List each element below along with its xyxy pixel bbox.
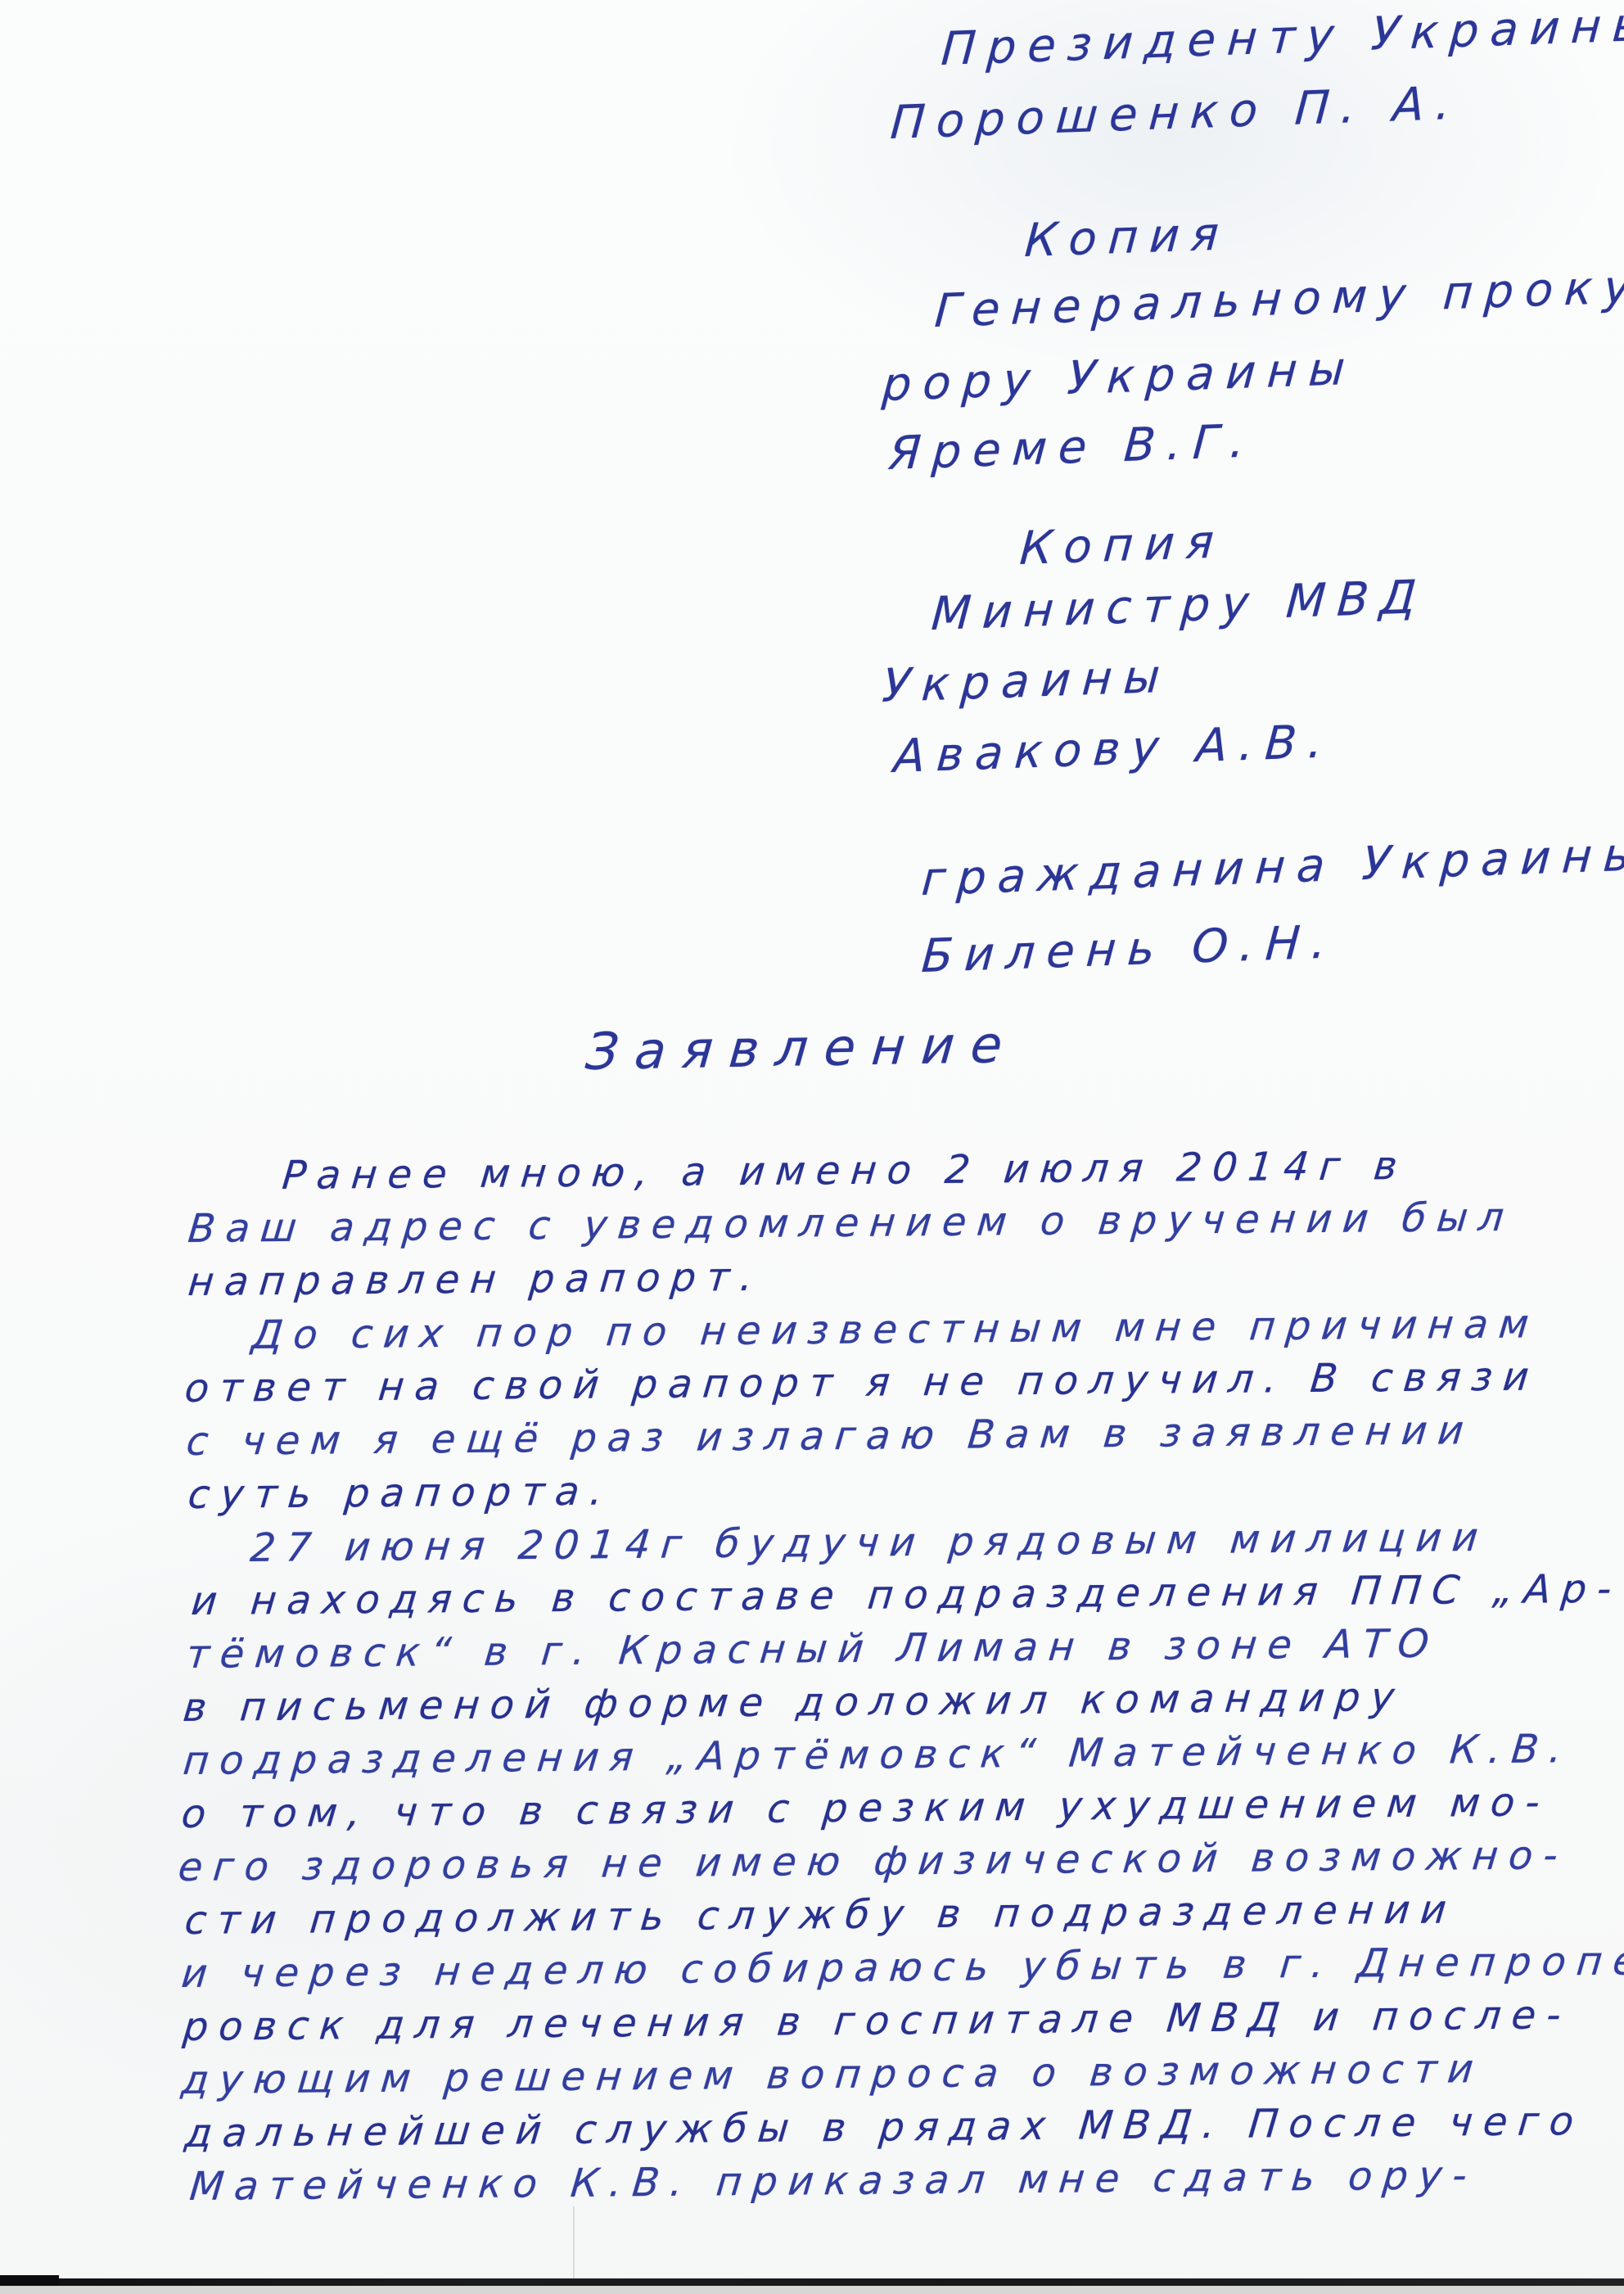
address-line-copy1: Генеральному проку- (933, 260, 1624, 339)
handwritten-line: 27 июня 2014г будучи рядовым милиции (248, 1515, 1491, 1571)
address-line-sender-name: Билень О.Н. (920, 915, 1340, 983)
handwritten-line: дующим решением вопроса о возможности (179, 2046, 1486, 2103)
handwritten-line: суть рапорта. (186, 1468, 615, 1518)
address-line-copy1: рору Украины (881, 342, 1359, 412)
handwritten-line: Ваш адрес с уведомлением о вручении был (186, 1194, 1516, 1252)
handwritten-line: и через неделю собираюсь убыть в г. Днеп… (179, 1938, 1624, 1997)
handwritten-line: подразделения „Артёмовск“ Матейченко К.В… (181, 1726, 1574, 1784)
scan-edge-bar (0, 2278, 1624, 2286)
handwritten-line: направлен рапорт. (186, 1254, 765, 1305)
scanned-letter-page: Президенту Украины Порошенко П. А. Копия… (0, 0, 1624, 2294)
handwritten-line: Ранее мною, а имено 2 июля 2014г в (280, 1143, 1410, 1199)
paper-crease (573, 2206, 575, 2284)
address-line-copy2-name: Авакову А.В. (892, 715, 1336, 783)
handwritten-line: До сих пор по неизвестным мне причинам (250, 1301, 1541, 1358)
handwritten-line: сти продолжить службу в подразделении (183, 1886, 1459, 1944)
address-line-sender: гражданина Украины (920, 828, 1624, 906)
address-line-copy2: Украины (881, 650, 1173, 714)
address-line-copy1-name: Яреме В.Г. (887, 414, 1258, 481)
handwritten-line: ответ на свой рапорт я не получил. В свя… (183, 1354, 1541, 1411)
handwritten-line: в письменой форме доложил командиру (181, 1674, 1407, 1731)
handwritten-line: о том, что в связи с резким ухудшением м… (179, 1779, 1552, 1837)
handwritten-line: и находясь в составе подразделения ППС „… (189, 1566, 1624, 1624)
address-line-recipient: Президенту Украины (940, 0, 1624, 76)
handwritten-line: тёмовск“ в г. Красный Лиман в зоне АТО (184, 1621, 1441, 1678)
document-title: Заявление (584, 1014, 1022, 1082)
handwritten-line: с чем я ещё раз излагаю Вам в заявлении (184, 1407, 1476, 1465)
scan-edge-left (0, 2275, 59, 2287)
address-line-copy2: Министру МВД (930, 571, 1429, 641)
copy-label: Копия (1023, 207, 1232, 268)
address-line-recipient-name: Порошенко П. А. (889, 77, 1464, 151)
scan-bottom-strip (0, 2286, 1624, 2294)
handwritten-line: Матейченко К.В. приказал мне сдать ору- (187, 2152, 1479, 2210)
handwritten-line: ровск для лечения в госпитале МВД и посл… (181, 1992, 1573, 2050)
copy-label: Копия (1018, 515, 1227, 576)
handwritten-line: его здоровья не имею физической возможно… (176, 1832, 1570, 1890)
handwritten-line: дальнейшей службы в рядах МВД. После чег… (183, 2098, 1586, 2156)
